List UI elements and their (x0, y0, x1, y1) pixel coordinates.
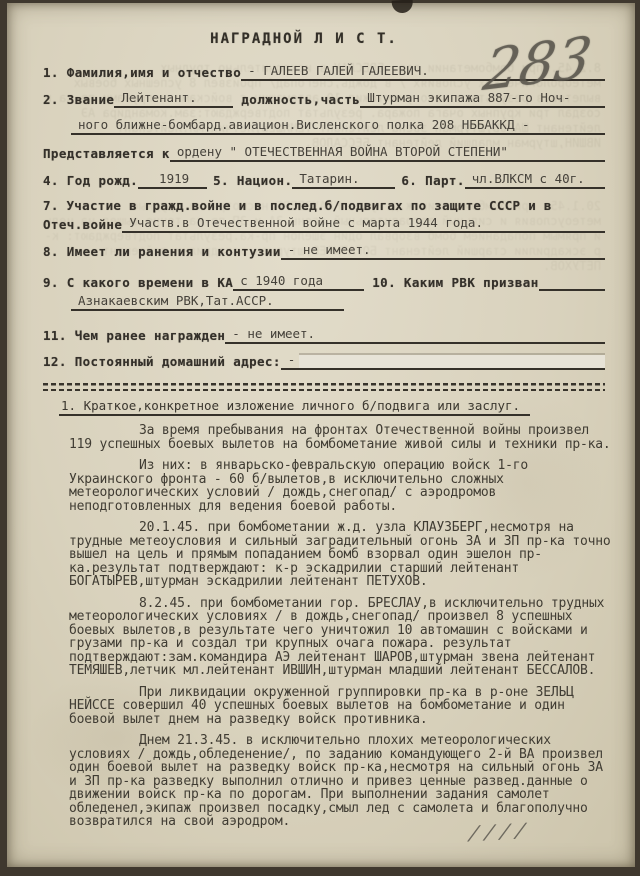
home-address-label: 12. Постоянный домашний адрес: (43, 354, 281, 370)
handwritten-tally-marks: //// (466, 819, 534, 845)
citation-text: За время пребывания на фронтах Отечестве… (69, 424, 615, 829)
party-label: 6. Парт. (401, 173, 464, 189)
service-since-label: 9. С какого времени в КА (43, 275, 233, 291)
war-participation-label-line1: 7. Участие в гражд.войне и в послед.б/по… (43, 198, 605, 213)
service-since-value: с 1940 года (233, 273, 364, 291)
war-participation-value: Участв.в Отечественной войне с марта 194… (122, 215, 605, 233)
double-rule-divider (43, 383, 605, 391)
presented-for-label: Представляется к (43, 146, 170, 162)
document-title: НАГРАДНОЙ Л И С Т. (43, 31, 565, 47)
rank-label: 2. Звание (43, 92, 114, 108)
citation-paragraph: 20.1.45. при бомбометании ж.д. узла КЛАУ… (69, 521, 615, 589)
redaction-box (299, 355, 605, 370)
birth-year-label: 4. Год рожд. (43, 173, 138, 189)
citation-paragraph: 8.2.45. при бомбометании гор. БРЕСЛАУ,в … (69, 597, 615, 678)
award-name-value: ордену " ОТЕЧЕСТВЕННАЯ ВОЙНА ВТОРОЙ СТЕП… (170, 144, 605, 162)
field-home-address-row: 12. Постоянный домашний адрес: - (43, 352, 605, 370)
scanned-award-sheet-page: 8.2.45. при бомбометании гор. БРЕСЛАУ,в … (7, 3, 635, 867)
drafted-by-label: 10. Каким РВК призван (372, 275, 538, 291)
citation-paragraph: При ликвидации окруженной группировки пр… (69, 686, 615, 727)
rank-value: Лейтенант. (114, 90, 233, 108)
field-service-since-row: 9. С какого времени в КА с 1940 года 10.… (43, 273, 605, 291)
name-label: 1. Фамилия,имя и отчество (43, 65, 241, 81)
handwritten-page-number: 283 (480, 30, 595, 101)
field-wounds-row: 8. Имеет ли ранения и контузии - не имее… (43, 242, 605, 260)
unit-value: ного ближне-бомбард.авиацион.Висленского… (71, 117, 605, 135)
birth-year-value: 1919 (138, 171, 207, 189)
field-birth-nation-party-row: 4. Год рожд. 1919 5. Национ. Татарин. 6.… (43, 171, 605, 189)
field-war-participation-row: Отеч.войне Участв.в Отечественной войне … (43, 215, 605, 233)
citation-paragraph: Из них: в январьско-февральскую операцию… (69, 459, 615, 513)
prior-awards-label: 11. Чем ранее награжден (43, 328, 225, 344)
prior-awards-value: - не имеет. (225, 326, 605, 344)
drafted-by-value: Азнакаевским РВК,Тат.АССР. (71, 293, 344, 311)
field-award-row: Представляется к ордену " ОТЕЧЕСТВЕННАЯ … (43, 144, 605, 162)
party-value: чл.ВЛКСМ с 40г. (465, 171, 605, 189)
wounds-value: - не имеет. (281, 242, 605, 260)
drafted-by-blank (539, 289, 605, 291)
field-drafted-by-row: Азнакаевским РВК,Тат.АССР. (71, 293, 605, 311)
nationality-value: Татарин. (292, 171, 395, 189)
field-unit-continuation-row: ного ближне-бомбард.авиацион.Висленского… (71, 117, 605, 135)
award-form: 1. Фамилия,имя и отчество - ГАЛЕЕВ ГАЛЕЙ… (43, 63, 605, 370)
wounds-label: 8. Имеет ли ранения и контузии (43, 244, 281, 260)
nationality-label: 5. Национ. (213, 173, 292, 189)
citation-paragraph: Днем 21.3.45. в исключительно плохих мет… (69, 734, 615, 829)
citation-paragraph: За время пребывания на фронтах Отечестве… (69, 424, 615, 451)
section-heading: 1. Краткое,конкретное изложение личного … (59, 398, 530, 416)
war-participation-label-line2: Отеч.войне (43, 217, 122, 233)
field-prior-awards-row: 11. Чем ранее награжден - не имеет. (43, 326, 605, 344)
home-address-dash: - (281, 352, 300, 370)
position-label: должность,часть (241, 92, 360, 108)
